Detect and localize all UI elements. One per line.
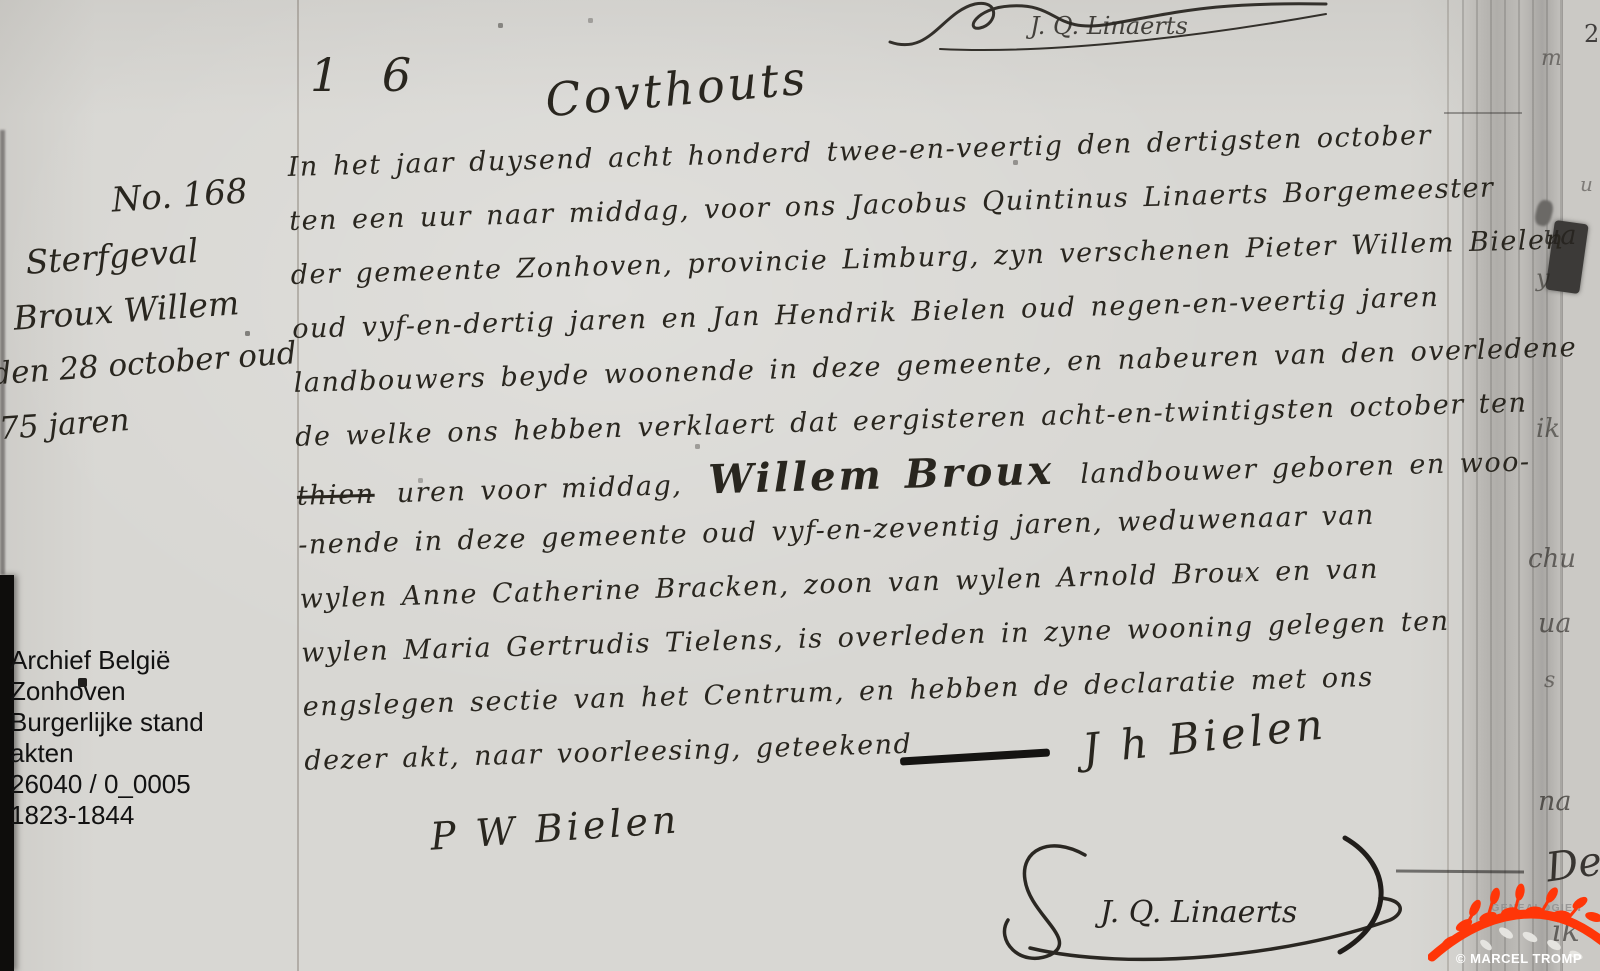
page-number-mark: 1 6 [310, 48, 425, 102]
archive-caption-line: Archief België [10, 645, 204, 676]
act-body: In het jaar duysend acht honderd twee-en… [287, 108, 1497, 789]
mayor-flourish-loop [1004, 846, 1085, 958]
archive-caption: Archief België Zonhoven Burgerlijke stan… [10, 645, 204, 831]
ink-fragment: na [1538, 786, 1572, 817]
genealogy-watermark-logo: GENEALOGIEN [1428, 853, 1600, 971]
scanned-death-record-page: J. Q. Linaerts 1 6 Covthouts No. 168 Ste… [0, 0, 1600, 971]
archive-caption-line: Zonhoven [10, 676, 204, 707]
ink-fragment: s [1544, 668, 1555, 693]
emphasis-before-name: uren voor middag, [396, 470, 683, 509]
margin-annotation: No. 168 Sterfgeval Broux Willem den 28 o… [0, 162, 302, 457]
watermark-copyright-text: © MARCEL TROMP [1456, 951, 1582, 966]
struck-word: thien [296, 479, 375, 512]
emphasis-after-name: landbouwer geboren en woo- [1080, 446, 1531, 490]
ink-fragment: chu [1528, 544, 1576, 574]
ink-fragment: ik [1536, 414, 1560, 444]
deceased-name-emphasis: Willem Broux [708, 447, 1055, 504]
ink-fragment: ua [1543, 220, 1577, 251]
archive-caption-line: 1823-1844 [10, 800, 204, 831]
facing-page-number-fragment: 2 [1584, 20, 1599, 48]
signature-top-right: J. Q. Linaerts [880, 0, 1340, 60]
facing-page-strip [1562, 0, 1600, 971]
signature-declarant-2: P W Bielen [429, 797, 682, 858]
heading-family-name: Covthouts [543, 51, 810, 128]
ink-fragment: ua [1538, 608, 1572, 639]
archive-caption-line: Burgerlijke stand [10, 707, 204, 738]
ink-fragment: m [1541, 46, 1562, 71]
ink-fragment: u [1580, 172, 1593, 196]
paper-speckles [0, 0, 1, 1]
signature-top-right-text: J. Q. Linaerts [1025, 12, 1188, 40]
signature-mayor-text: J. Q. Linaerts [1094, 895, 1297, 930]
archive-caption-line: akten [10, 738, 204, 769]
ink-fragment: y [1536, 264, 1550, 292]
signature-mayor: J. Q. Linaerts [990, 820, 1420, 970]
archive-caption-line: 26040 / 0_0005 [10, 769, 204, 800]
